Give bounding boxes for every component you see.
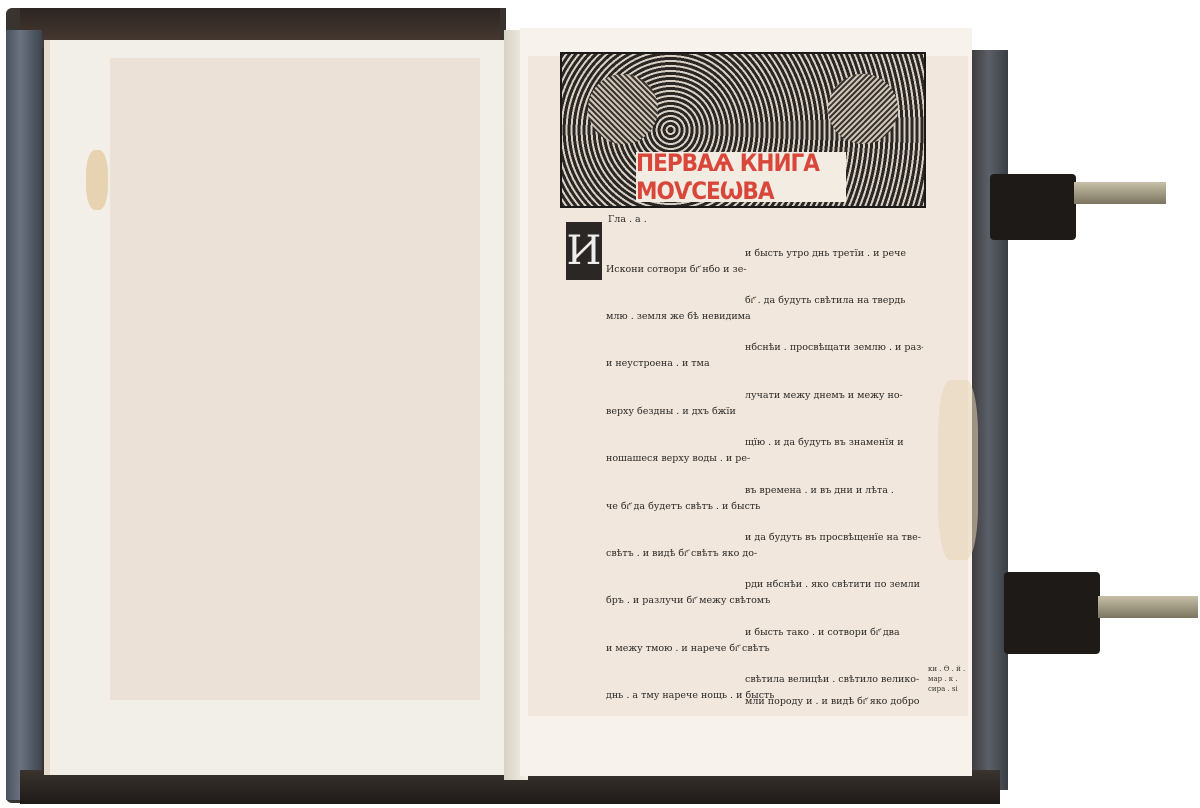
text-column-2: и бысть утро днь третїи . и рече бг҃ . д…: [745, 214, 923, 714]
paper-stain: [86, 150, 108, 210]
clasp-upper: [990, 174, 1076, 240]
clasp-lower: [1004, 572, 1100, 654]
red-title: ПЕРВАѦ КНИГА МОѴСЕѠВА: [636, 152, 846, 202]
clasp-upper-metal: [1074, 182, 1166, 204]
paper-stain-right: [938, 380, 978, 560]
book-spine-left: [6, 30, 42, 800]
margin-note: ки . Ѳ . й . мар . к . сира . ѕі: [928, 664, 976, 694]
text-column-2-bottom: мли породу и . и видѣ бг҃ яко добро и ре…: [745, 662, 923, 712]
chapter-label: Гла . а .: [608, 212, 728, 228]
clasp-lower-metal: [1098, 596, 1198, 618]
pasted-paper-panel: [110, 58, 480, 700]
